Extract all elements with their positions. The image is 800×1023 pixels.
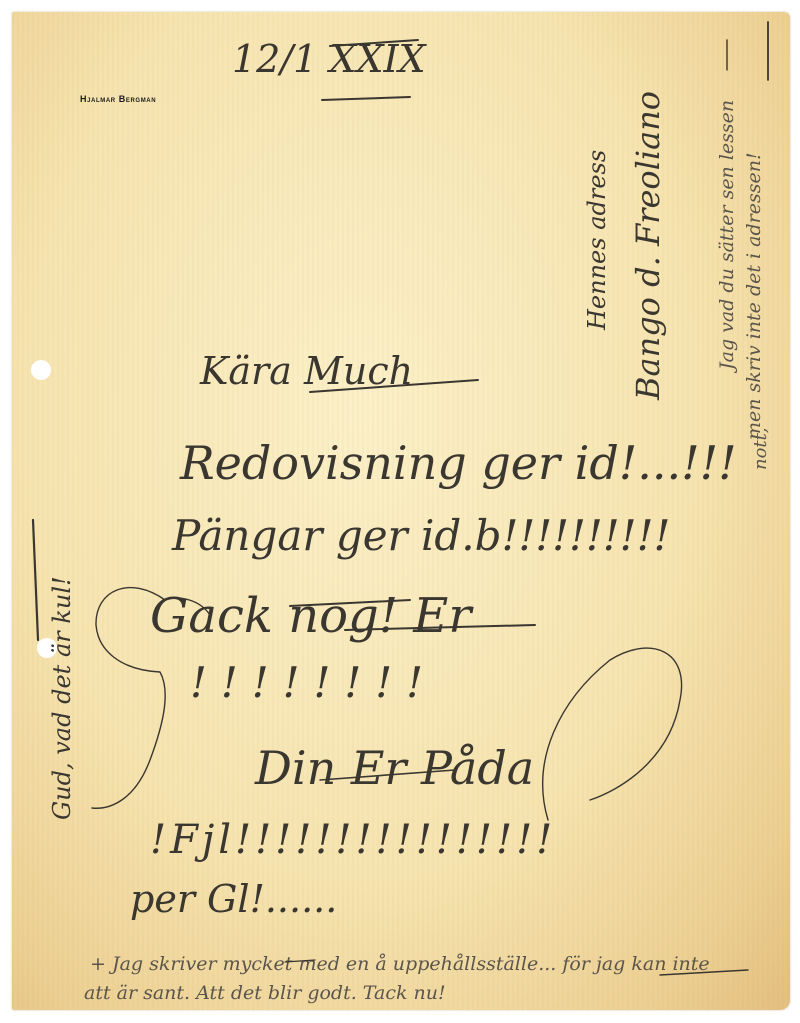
salutation-underline-stroke [310,380,478,392]
footer-underline-strokes [285,960,748,975]
heart-flourish-stroke [92,588,210,809]
date-overline-underline-strokes [322,40,418,100]
pencil-strokes [0,0,800,1023]
strike-through-strokes [290,600,535,780]
large-p-flourish-stroke [543,648,682,820]
margin-rules [33,22,768,640]
